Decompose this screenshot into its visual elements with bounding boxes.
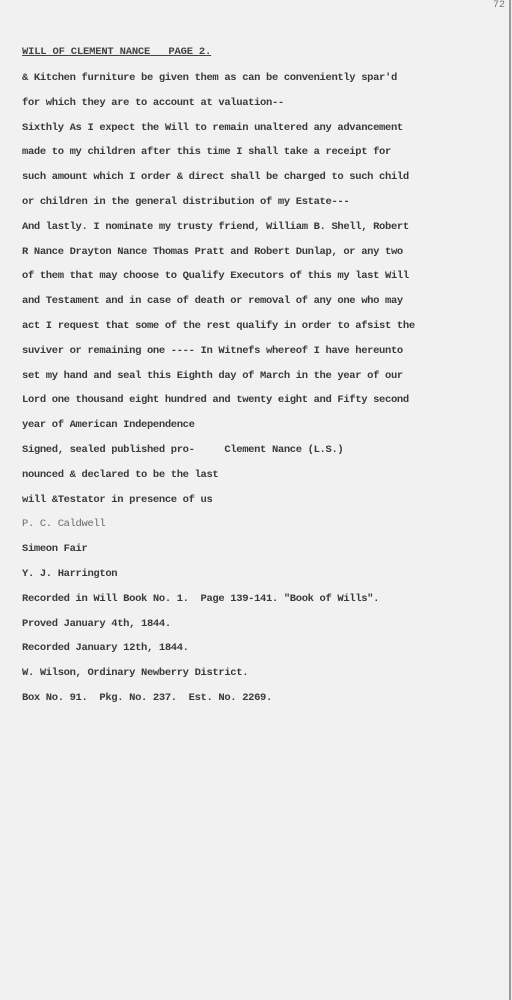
document-body: & Kitchen furniture be given them as can… (22, 71, 506, 716)
text-line: will &Testator in presence of us (22, 493, 506, 518)
text-line: act I request that some of the rest qual… (22, 319, 506, 344)
page-number: 72 (493, 0, 505, 11)
text-line: Recorded in Will Book No. 1. Page 139-14… (22, 592, 506, 617)
text-line: & Kitchen furniture be given them as can… (22, 71, 506, 96)
text-line: P. C. Caldwell (22, 517, 506, 542)
text-line: Recorded January 12th, 1844. (22, 641, 506, 666)
text-line: set my hand and seal this Eighth day of … (22, 369, 506, 394)
text-line: Box No. 91. Pkg. No. 237. Est. No. 2269. (22, 691, 506, 716)
document-page: 72 WILL OF CLEMENT NANCE PAGE 2. & Kitch… (0, 0, 511, 1000)
text-line: such amount which I order & direct shall… (22, 170, 506, 195)
text-line: Sixthly As I expect the Will to remain u… (22, 121, 506, 146)
text-line: made to my children after this time I sh… (22, 145, 506, 170)
text-line: year of American Independence (22, 418, 506, 443)
document-title: WILL OF CLEMENT NANCE PAGE 2. (22, 46, 211, 58)
text-line: W. Wilson, Ordinary Newberry District. (22, 666, 506, 691)
text-line: Lord one thousand eight hundred and twen… (22, 393, 506, 418)
text-line: R Nance Drayton Nance Thomas Pratt and R… (22, 245, 506, 270)
text-line: And lastly. I nominate my trusty friend,… (22, 220, 506, 245)
text-line: Proved January 4th, 1844. (22, 617, 506, 642)
text-line: Y. J. Harrington (22, 567, 506, 592)
text-line: Signed, sealed published pro- Clement Na… (22, 443, 506, 468)
text-line: nounced & declared to be the last (22, 468, 506, 493)
text-line: suviver or remaining one ---- In Witnefs… (22, 344, 506, 369)
text-line: of them that may choose to Qualify Execu… (22, 269, 506, 294)
text-line: Simeon Fair (22, 542, 506, 567)
text-line: and Testament and in case of death or re… (22, 294, 506, 319)
text-line: or children in the general distribution … (22, 195, 506, 220)
text-line: for which they are to account at valuati… (22, 96, 506, 121)
